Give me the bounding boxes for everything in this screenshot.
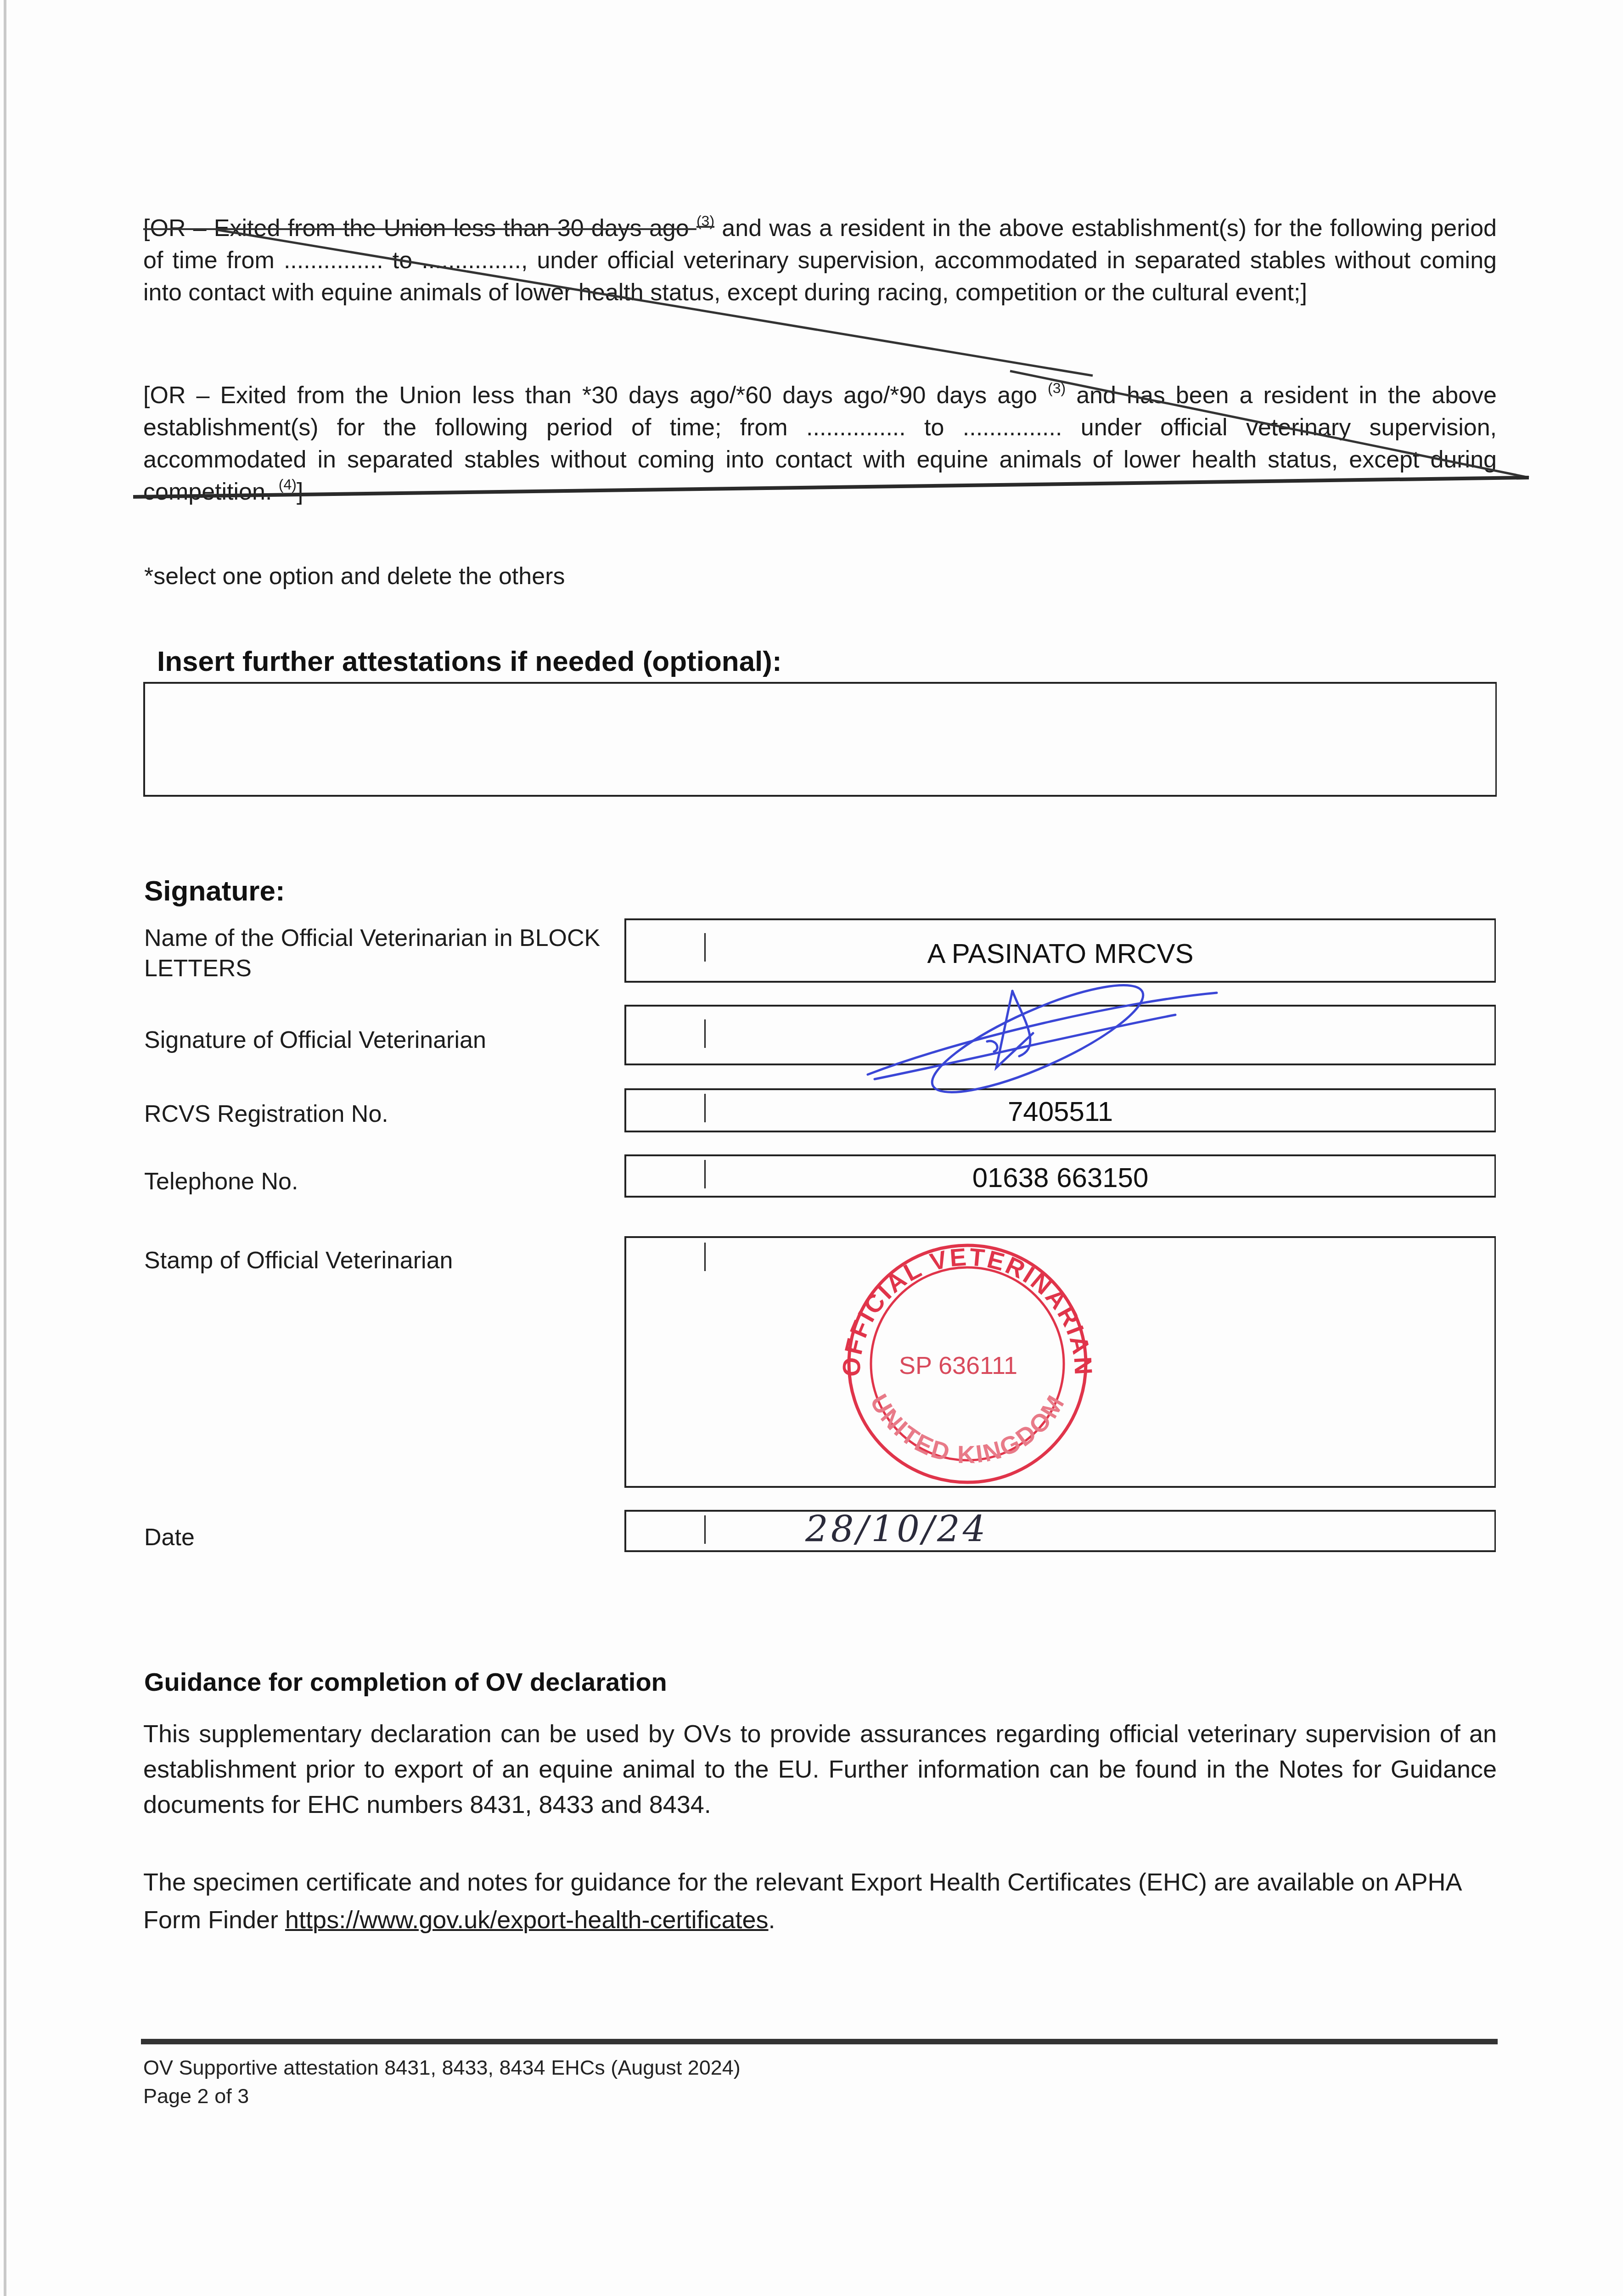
- field-tick: [704, 1019, 706, 1048]
- export-health-certificates-link[interactable]: https://www.gov.uk/export-health-certifi…: [285, 1906, 768, 1934]
- rcvs-value: 7405511: [626, 1096, 1494, 1127]
- date-label: Date: [144, 1522, 195, 1553]
- guidance-paragraph-2: The specimen certificate and notes for g…: [143, 1863, 1497, 1939]
- date-handwritten-value: 28/10/24: [805, 1509, 988, 1550]
- signature-label: Signature of Official Veterinarian: [144, 1025, 486, 1055]
- option-1-struck-line: [OR – Exited from the Union less than 30…: [143, 215, 714, 242]
- footer-page-indicator: Page 2 of 3: [143, 2082, 249, 2110]
- stamp-label: Stamp of Official Veterinarian: [144, 1245, 453, 1276]
- further-attestations-field[interactable]: [143, 682, 1497, 797]
- date-field[interactable]: 28/10/24: [624, 1510, 1496, 1552]
- telephone-label: Telephone No.: [144, 1166, 298, 1197]
- field-tick: [704, 1515, 706, 1544]
- name-field[interactable]: A PASINATO MRCVS: [624, 918, 1496, 983]
- scan-edge: [4, 0, 6, 2296]
- footer-document-title: OV Supportive attestation 8431, 8433, 84…: [143, 2054, 741, 2082]
- telephone-field[interactable]: 01638 663150: [624, 1154, 1496, 1198]
- footer-divider: [141, 2039, 1498, 2044]
- option-2-paragraph: [OR – Exited from the Union less than *3…: [143, 379, 1497, 508]
- select-note: *select one option and delete the others: [144, 561, 565, 591]
- option-1-paragraph: [OR – Exited from the Union less than 30…: [143, 212, 1497, 309]
- annotation-overlay: OFFICIAL VETERINARIAN UNITED KINGDOM SP …: [0, 0, 1623, 2296]
- guidance-heading: Guidance for completion of OV declaratio…: [144, 1667, 667, 1697]
- name-label: Name of the Official Veterinarian in BLO…: [144, 923, 603, 984]
- telephone-value: 01638 663150: [626, 1162, 1494, 1193]
- rcvs-label: RCVS Registration No.: [144, 1099, 388, 1129]
- guidance-paragraph-1: This supplementary declaration can be us…: [143, 1716, 1497, 1823]
- signature-heading: Signature:: [144, 875, 285, 907]
- signature-field[interactable]: [624, 1005, 1496, 1065]
- further-attestations-heading: Insert further attestations if needed (o…: [157, 645, 782, 678]
- name-value: A PASINATO MRCVS: [626, 938, 1494, 969]
- rcvs-field[interactable]: 7405511: [624, 1088, 1496, 1132]
- stamp-field[interactable]: [624, 1236, 1496, 1488]
- field-tick: [704, 1243, 706, 1271]
